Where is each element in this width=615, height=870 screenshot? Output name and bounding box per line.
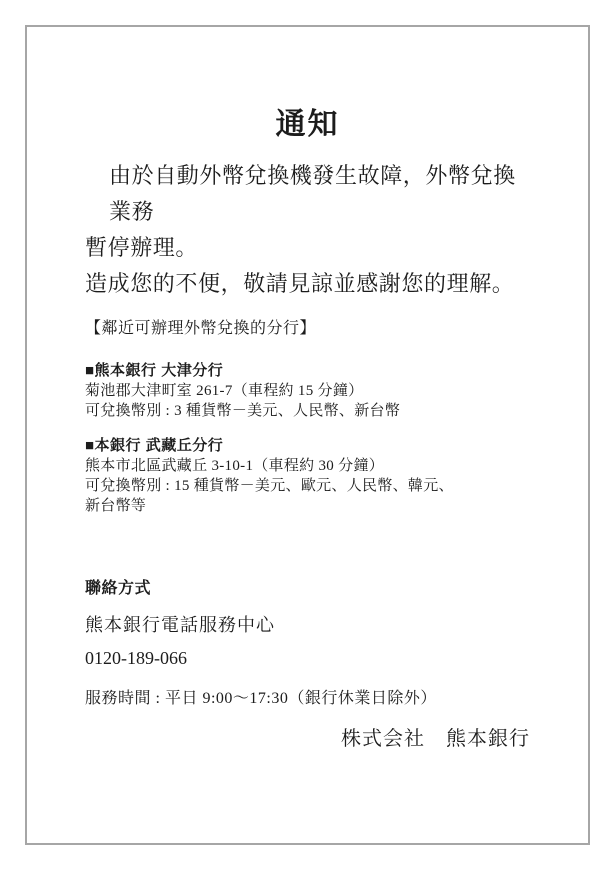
branch-musashigaoka-currencies-line-2: 新台幣等 — [85, 496, 530, 516]
branch-musashigaoka-address: 熊本市北區武藏丘 3-10-1（車程約 30 分鐘） — [85, 456, 530, 476]
branch-musashigaoka: ■本銀行 武藏丘分行 熊本市北區武藏丘 3-10-1（車程約 30 分鐘） 可兌… — [85, 436, 530, 516]
contact-service-hours: 服務時間 : 平日 9:00～17:30（銀行休業日除外） — [85, 685, 530, 708]
body-line-3: 造成您的不便，敬請見諒並感謝您的理解。 — [85, 266, 530, 302]
branch-otsu: ■熊本銀行 大津分行 菊池郡大津町室 261-7（車程約 15 分鐘） 可兌換幣… — [85, 361, 530, 421]
notice-document-frame: 通知 由於自動外幣兌換機發生故障，外幣兌換業務 暫停辦理。 造成您的不便，敬請見… — [25, 25, 590, 845]
body-line-2: 暫停辦理。 — [85, 230, 530, 266]
branch-otsu-name: ■熊本銀行 大津分行 — [85, 361, 530, 381]
contact-service-center: 熊本銀行電話服務中心 — [85, 611, 530, 637]
branch-musashigaoka-name: ■本銀行 武藏丘分行 — [85, 436, 530, 456]
branch-musashigaoka-currencies-line-1: 可兌換幣別 : 15 種貨幣－美元、歐元、人民幣、韓元、 — [85, 476, 530, 496]
contact-heading: 聯絡方式 — [85, 575, 530, 598]
branch-otsu-address: 菊池郡大津町室 261-7（車程約 15 分鐘） — [85, 381, 530, 401]
nearby-branches-heading: 【鄰近可辦理外幣兌換的分行】 — [85, 315, 530, 338]
body-line-1: 由於自動外幣兌換機發生故障，外幣兌換業務 — [85, 158, 530, 230]
document-title: 通知 — [85, 99, 530, 143]
branch-otsu-currencies: 可兌換幣別 : 3 種貨幣－美元、人民幣、新台幣 — [85, 401, 530, 421]
contact-phone-number: 0120-189-066 — [85, 648, 530, 669]
notice-body: 由於自動外幣兌換機發生故障，外幣兌換業務 暫停辦理。 造成您的不便，敬請見諒並感… — [85, 158, 530, 302]
notice-page: 通知 由於自動外幣兌換機發生故障，外幣兌換業務 暫停辦理。 造成您的不便，敬請見… — [0, 0, 615, 870]
company-signature: 株式会社 熊本銀行 — [85, 722, 530, 751]
